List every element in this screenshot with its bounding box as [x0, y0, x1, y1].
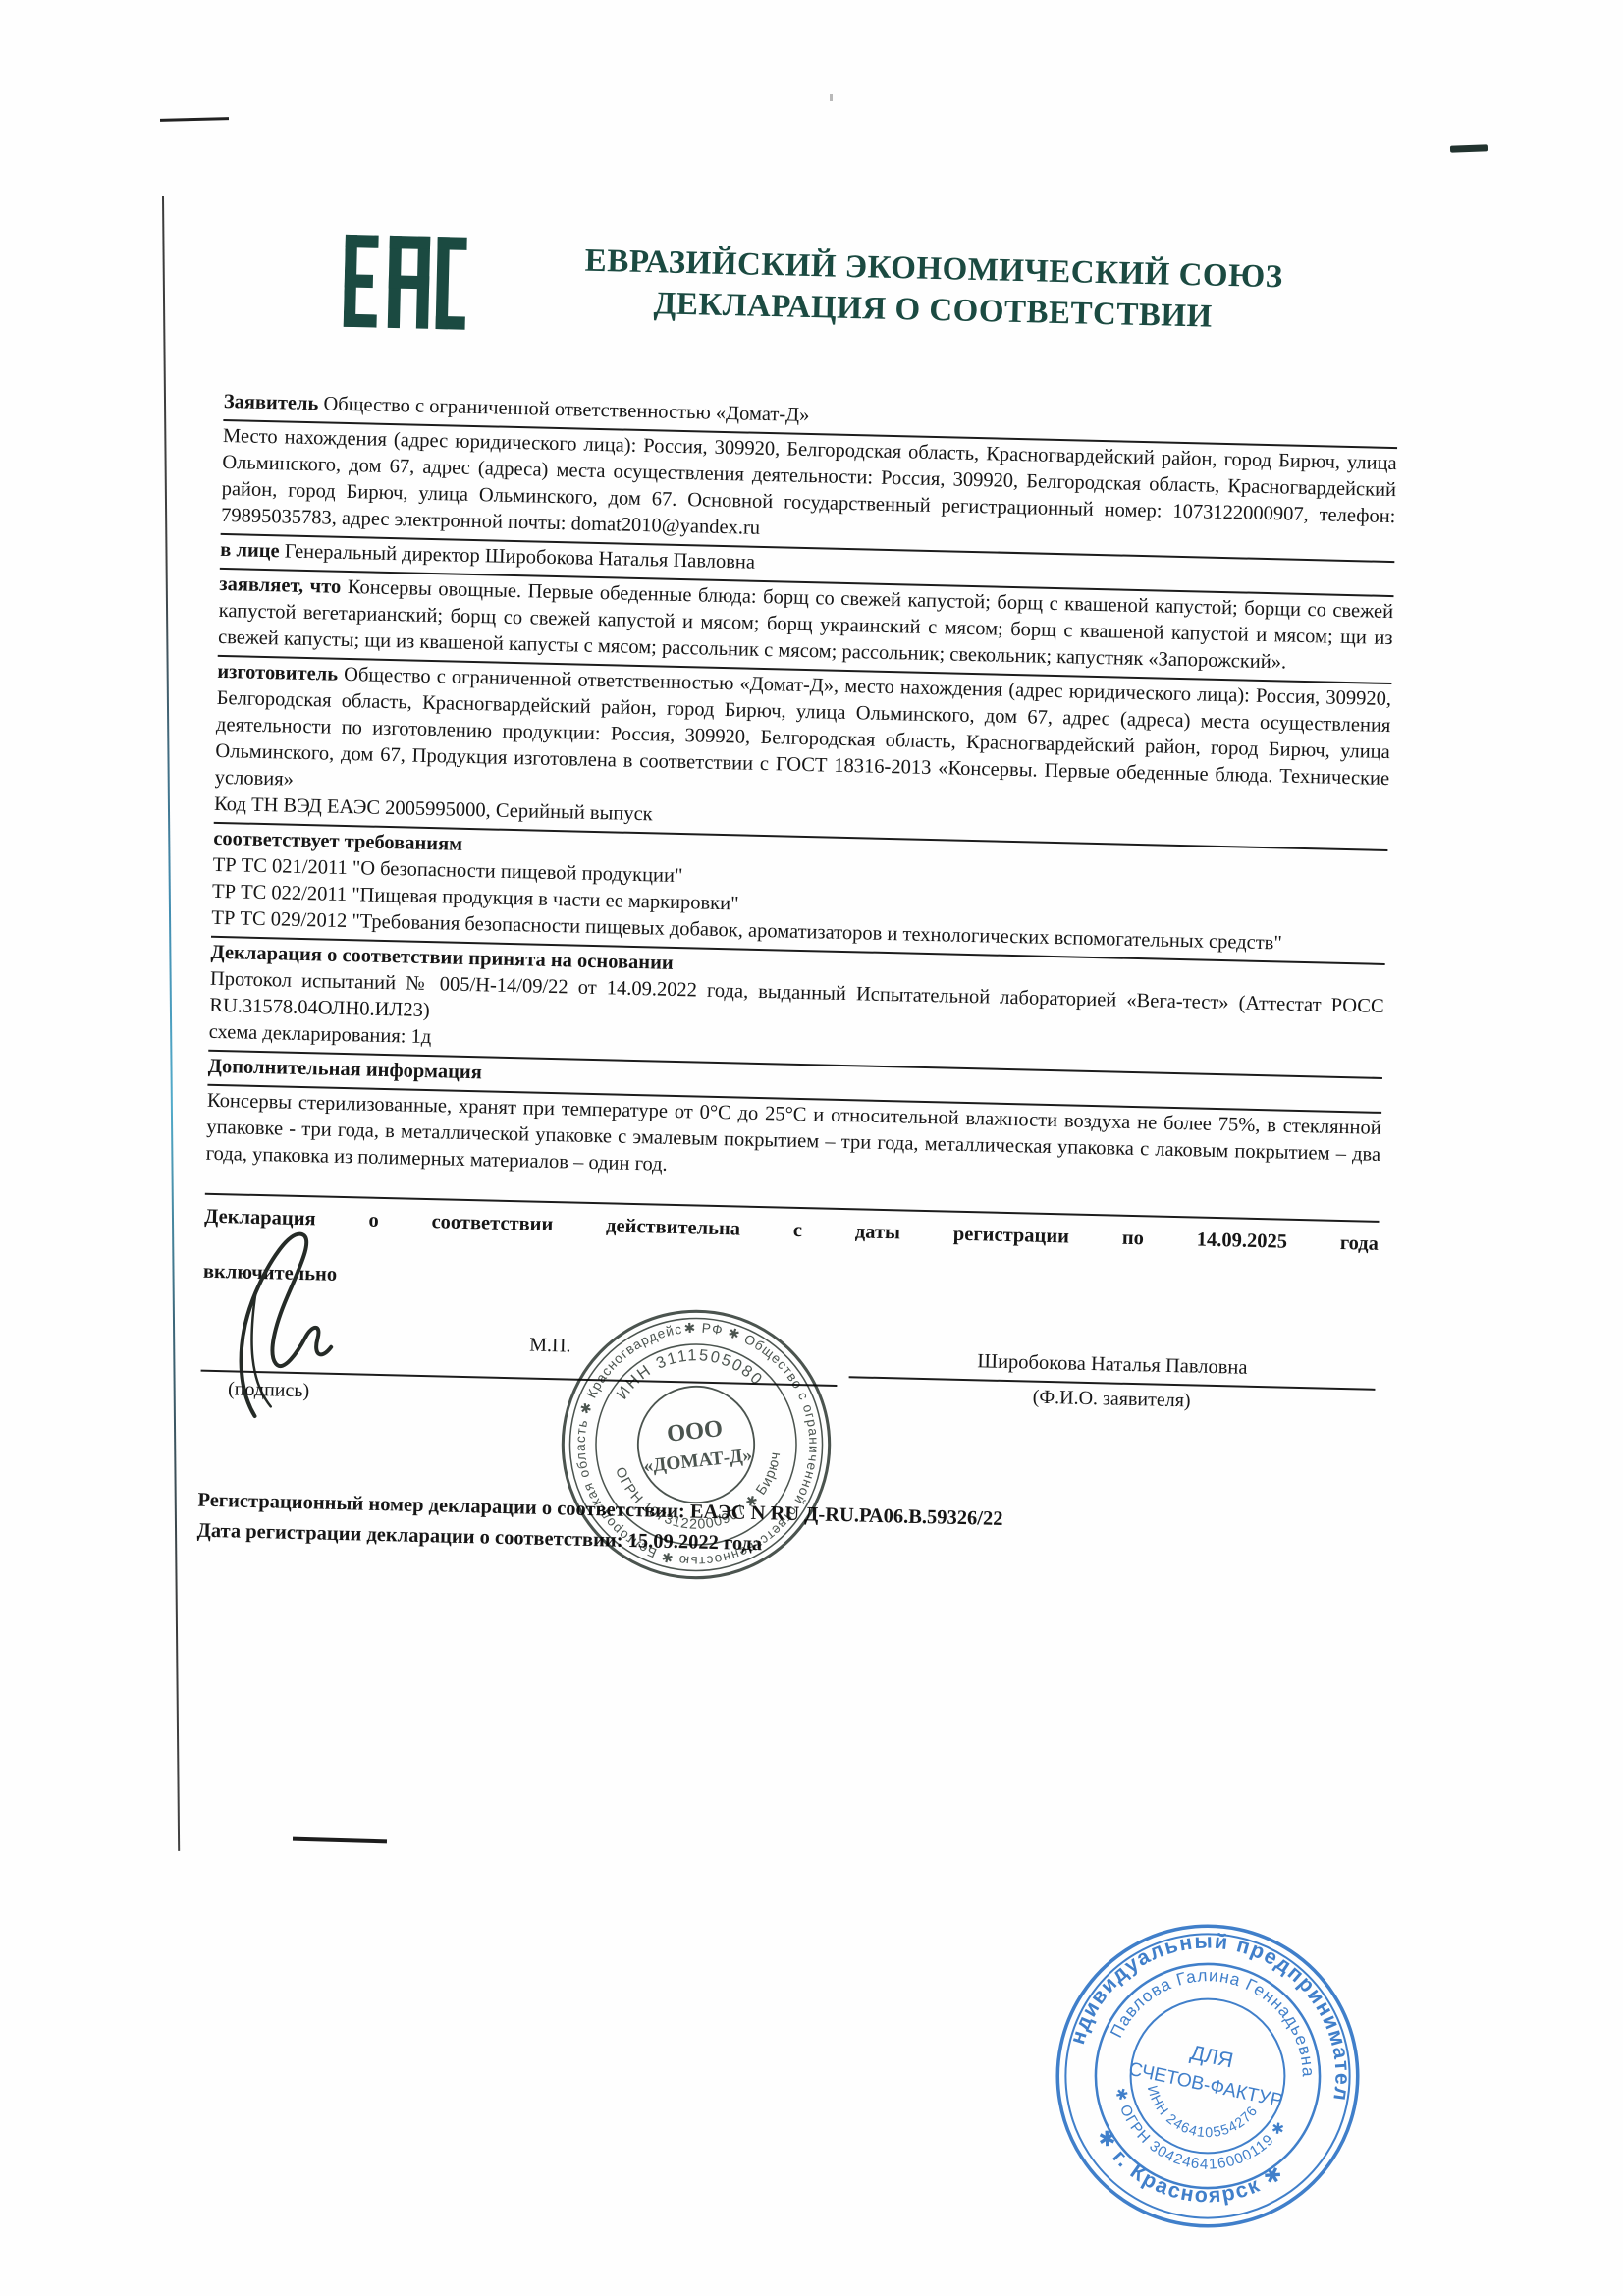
company-stamp-ooo: ООО — [666, 1415, 725, 1448]
scan-dash-top-right — [1450, 144, 1488, 152]
declarant-name-block: Широбокова Наталья Павловна (Ф.И.О. заяв… — [848, 1347, 1376, 1417]
scan-dash-bottom-left — [293, 1837, 387, 1844]
scanned-declaration-page: { "colors":{"title_teal":"#1b4a41","body… — [0, 0, 1623, 2296]
blue-stamp-center-line1: ДЛЯ — [1188, 2041, 1235, 2073]
applicant-value: Общество с ограниченной ответственностью… — [323, 393, 809, 426]
person-value: Генеральный директор Широбокова Наталья … — [285, 540, 756, 573]
manufacturer-row: изготовитель Общество с ограниченной отв… — [214, 657, 1392, 851]
document-header: ЕВРАЗИЙСКИЙ ЭКОНОМИЧЕСКИЙ СОЮЗ ДЕКЛАРАЦИ… — [225, 228, 1402, 381]
scan-dash-top-left — [160, 117, 229, 122]
declares-label: заявляет, что — [219, 574, 341, 598]
scan-speck — [830, 94, 833, 101]
company-round-stamp: ✱ РФ ✱ Общество с ограниченной ответстве… — [531, 1280, 861, 1610]
manufacturer-value: Общество с ограниченной ответственностью… — [215, 664, 1392, 791]
page-fold-line — [162, 196, 180, 1851]
manufacturer-label: изготовитель — [217, 661, 338, 685]
svg-text:Индивидуальный предпринимател: Индивидуальный предприниматель — [1039, 1881, 1389, 2105]
document-title: ЕВРАЗИЙСКИЙ ЭКОНОМИЧЕСКИЙ СОЮЗ ДЕКЛАРАЦИ… — [520, 239, 1347, 341]
applicant-label: Заявитель — [224, 391, 319, 414]
person-label: в лице — [220, 539, 280, 562]
eac-logo-icon — [344, 233, 467, 332]
company-stamp-name: «ДОМАТ-Д» — [642, 1446, 753, 1477]
blue-stamp-title-top: Индивидуальный предприниматель — [1039, 1881, 1389, 2105]
blue-round-stamp: Индивидуальный предприниматель ✱ г. Крас… — [1012, 1881, 1404, 2272]
